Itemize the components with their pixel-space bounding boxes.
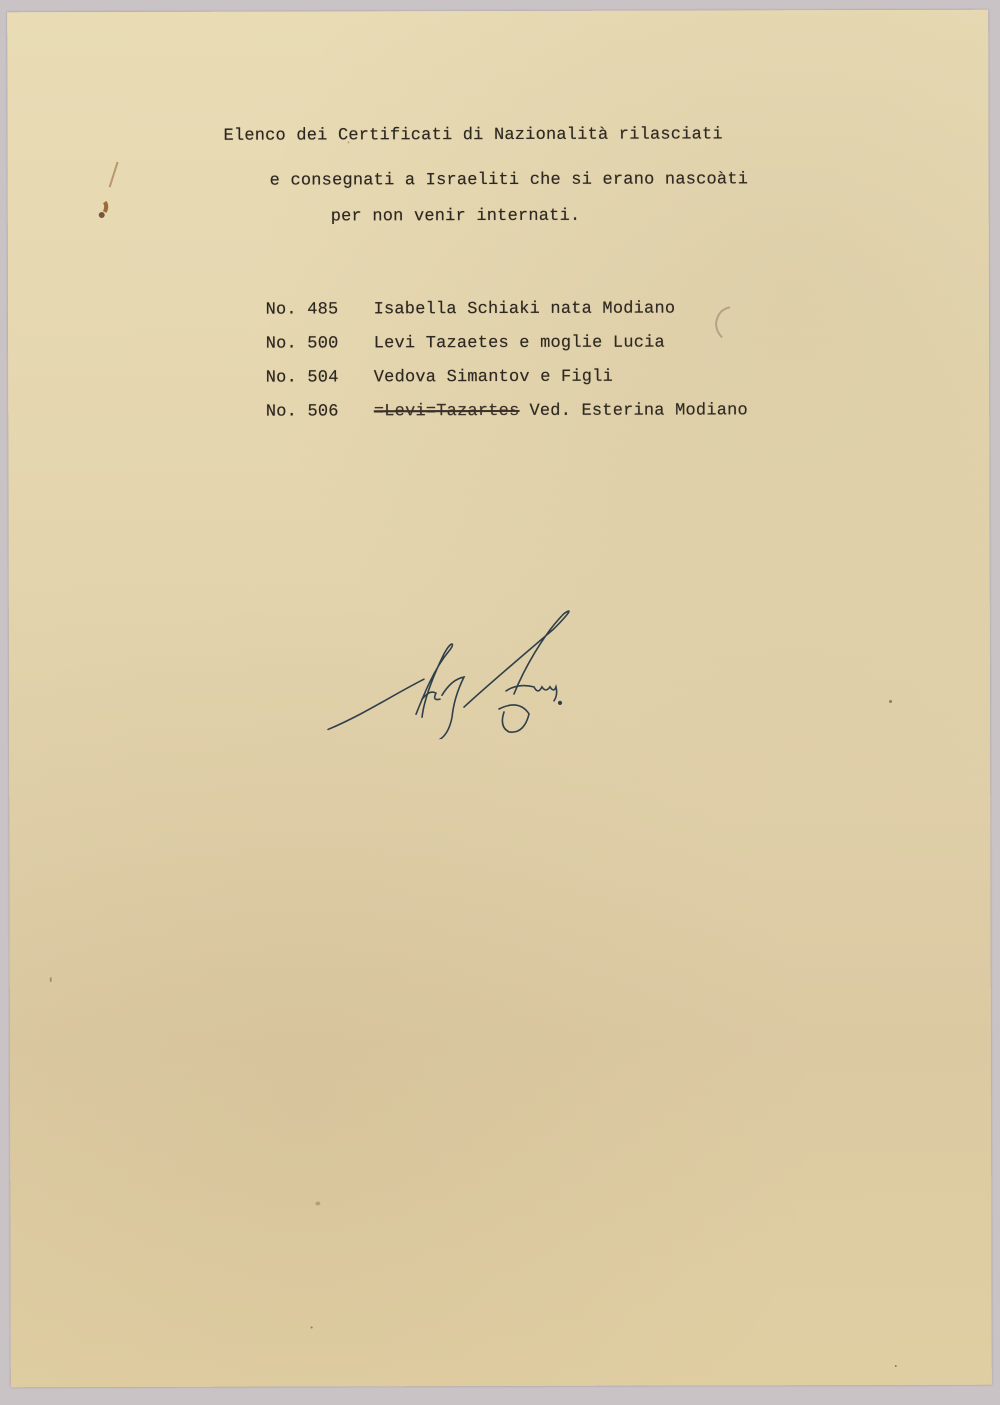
certificate-entry: No. 506=Levi=TazartesVed. Esterina Modia… bbox=[224, 382, 748, 440]
struck-through-text: =Levi=Tazartes bbox=[374, 402, 520, 421]
paper-speck bbox=[348, 141, 350, 143]
document-page: Elenco dei Certificati di Nazionalità ri… bbox=[7, 10, 992, 1388]
title-line-1: Elenco dei Certificati di Nazionalità ri… bbox=[224, 125, 723, 145]
paper-speck bbox=[50, 977, 52, 982]
paper-speck bbox=[315, 1201, 320, 1205]
paper-speck bbox=[311, 1326, 313, 1328]
faint-c-mark bbox=[708, 303, 738, 343]
title-line-2: e consegnati a Israeliti che si erano na… bbox=[270, 170, 749, 190]
rust-stain-mark bbox=[90, 157, 120, 227]
title-line-3: per non venir internati. bbox=[331, 207, 581, 227]
paper-speck bbox=[895, 1365, 897, 1367]
paper-speck bbox=[889, 700, 892, 703]
certificate-holder: Ved. Esterina Modiano bbox=[529, 401, 747, 421]
certificate-number: No. 506 bbox=[266, 402, 374, 421]
handwritten-signature bbox=[324, 599, 604, 740]
